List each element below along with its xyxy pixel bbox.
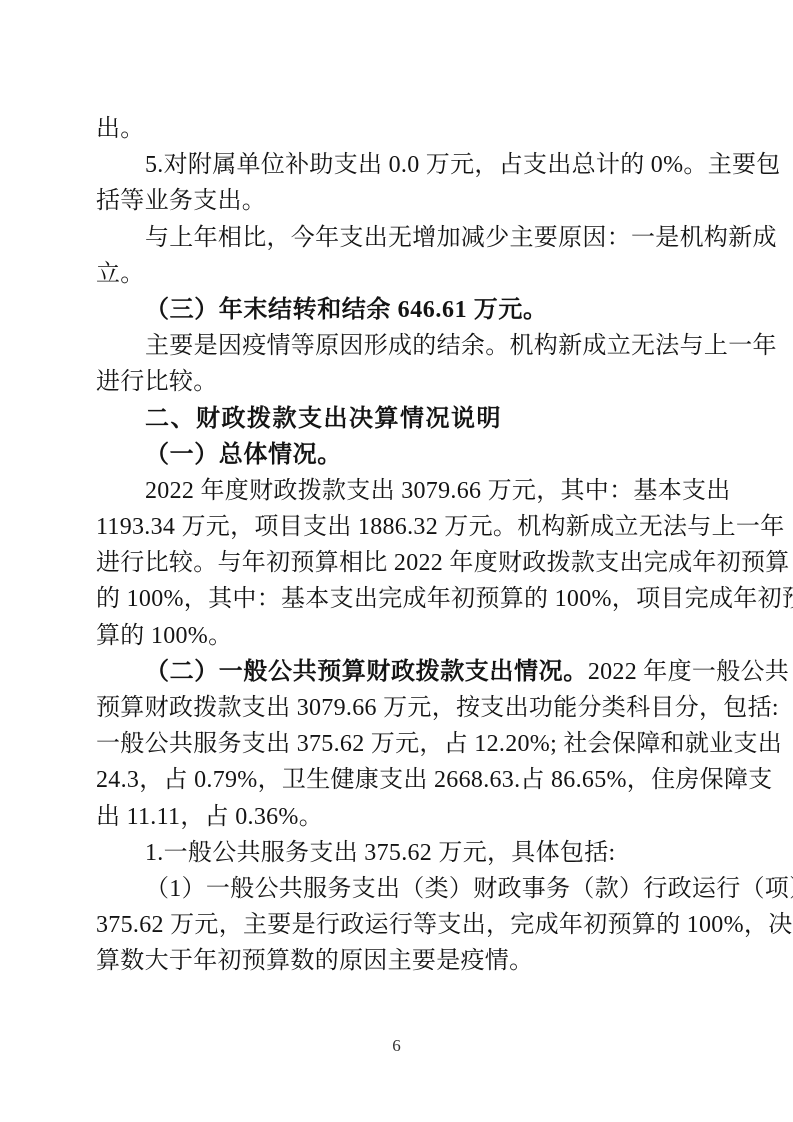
paragraph-line: 与上年相比，今年支出无增加减少主要原因：一是机构新成 bbox=[96, 220, 706, 256]
paragraph-line-mixed: （二）一般公共预算财政拨款支出情况。2022 年度一般公共 bbox=[96, 654, 706, 690]
paragraph-line: 1193.34 万元，项目支出 1886.32 万元。机构新成立无法与上一年 bbox=[96, 509, 706, 545]
document-page: 出。 5.对附属单位补助支出 0.0 万元，占支出总计的 0%。主要包 括等业务… bbox=[0, 0, 793, 1122]
subheading-year-end-balance: （三）年末结转和结余 646.61 万元。 bbox=[96, 292, 706, 328]
paragraph-line: 5.对附属单位补助支出 0.0 万元，占支出总计的 0%。主要包 bbox=[96, 147, 706, 183]
paragraph-line: 出 11.11，占 0.36%。 bbox=[96, 799, 706, 835]
paragraph-line: 进行比较。与年初预算相比 2022 年度财政拨款支出完成年初预算 bbox=[96, 545, 706, 581]
paragraph-line: 的 100%，其中：基本支出完成年初预算的 100%，项目完成年初预 bbox=[96, 581, 706, 617]
paragraph-line: 24.3，占 0.79%，卫生健康支出 2668.63.占 86.65%，住房保… bbox=[96, 762, 706, 798]
paragraph-line: 1.一般公共服务支出 375.62 万元，具体包括: bbox=[96, 835, 706, 871]
page-number: 6 bbox=[392, 1036, 401, 1055]
subheading-overall-situation: （一）总体情况。 bbox=[96, 437, 706, 473]
paragraph-line: 主要是因疫情等原因形成的结余。机构新成立无法与上一年 bbox=[96, 328, 706, 364]
paragraph-line: （1）一般公共服务支出（类）财政事务（款）行政运行（项） bbox=[96, 871, 706, 907]
paragraph-text: 2022 年度一般公共 bbox=[588, 659, 789, 685]
paragraph-line: 预算财政拨款支出 3079.66 万元，按支出功能分类科目分，包括: bbox=[96, 690, 706, 726]
section-heading-fiscal-expenditure: 二、财政拨款支出决算情况说明 bbox=[96, 401, 706, 437]
paragraph-line: 375.62 万元，主要是行政运行等支出，完成年初预算的 100%，决 bbox=[96, 907, 706, 943]
paragraph-line: 2022 年度财政拨款支出 3079.66 万元，其中：基本支出 bbox=[96, 473, 706, 509]
page-content: 出。 5.对附属单位补助支出 0.0 万元，占支出总计的 0%。主要包 括等业务… bbox=[96, 111, 706, 980]
paragraph-line: 一般公共服务支出 375.62 万元，占 12.20%; 社会保障和就业支出 bbox=[96, 726, 706, 762]
paragraph-line: 括等业务支出。 bbox=[96, 183, 706, 219]
paragraph-line: 算数大于年初预算数的原因主要是疫情。 bbox=[96, 943, 706, 979]
subheading-general-public-budget: （二）一般公共预算财政拨款支出情况。 bbox=[145, 659, 588, 685]
page-footer: 6 bbox=[0, 1036, 793, 1056]
paragraph-line: 立。 bbox=[96, 256, 706, 292]
paragraph-line: 出。 bbox=[96, 111, 706, 147]
paragraph-line: 算的 100%。 bbox=[96, 618, 706, 654]
paragraph-line: 进行比较。 bbox=[96, 364, 706, 400]
